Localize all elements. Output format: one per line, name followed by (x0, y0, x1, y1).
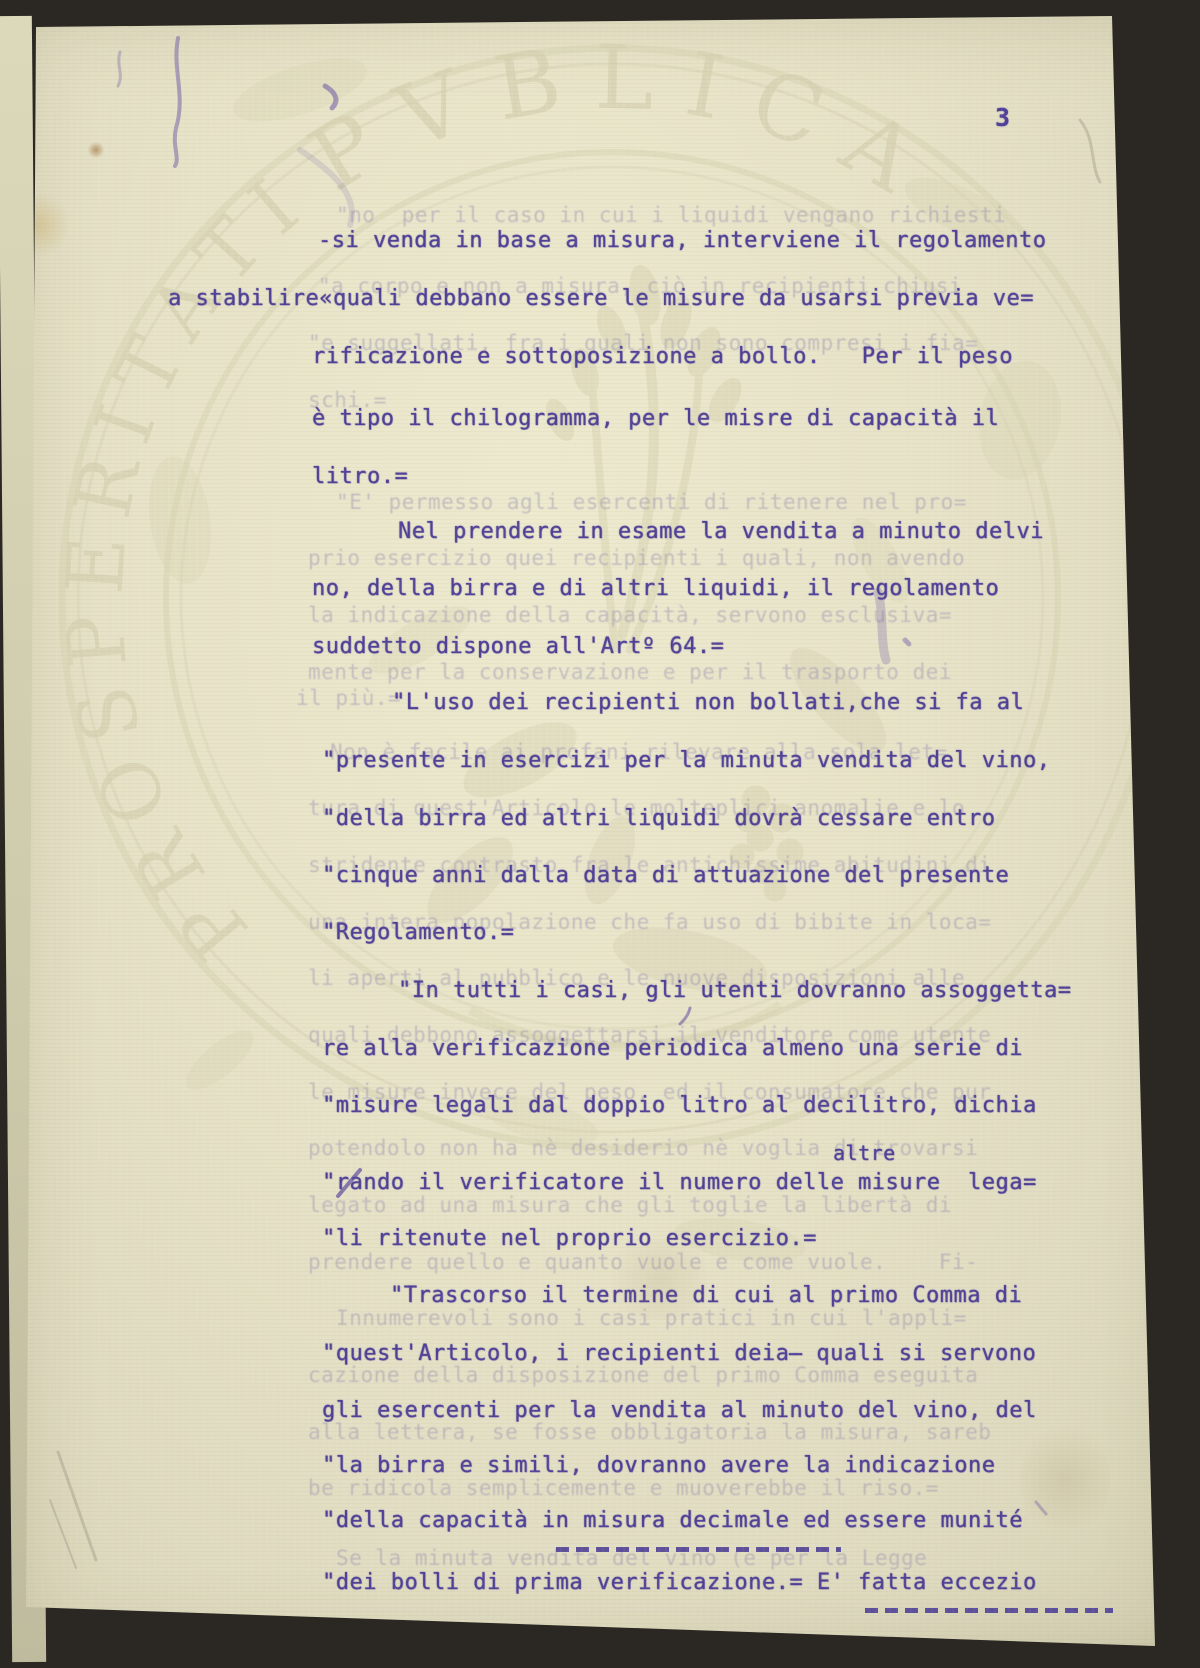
ink-dot (905, 640, 909, 644)
typed-line: rificazione e sottoposizione a bollo. Pe… (312, 346, 1013, 368)
typed-line: Nel prendere in esame la vendita a minut… (398, 521, 1044, 543)
dashed-underline (556, 1547, 841, 1552)
rust-spot (88, 142, 104, 158)
ghost-text-line: mente per la conservazione e per il tras… (308, 662, 952, 683)
pencil-mark (50, 1500, 76, 1568)
typed-line: no, della birra e di altri liquidi, il r… (312, 578, 999, 600)
ghost-text-line: "no per il caso in cui i liquidi vengano… (336, 205, 1006, 226)
ink-smudge (1036, 1502, 1046, 1514)
ghost-text-line: la indicazione della capacità, servono e… (308, 605, 952, 626)
pen-comma (680, 1008, 690, 1024)
pencil-mark (58, 1452, 96, 1560)
typed-line: litro.= (312, 466, 408, 488)
paper-stain (1020, 1420, 1110, 1540)
dashed-underline (865, 1608, 1113, 1613)
ghost-text-line: cazione della disposizione del primo Com… (308, 1365, 978, 1386)
ghost-text-line: "E' permesso agli esercenti di ritenere … (336, 492, 967, 513)
seal-top-text: PVBLICA (292, 26, 934, 213)
ink-smudge (325, 86, 336, 108)
typed-line: "della birra ed altri liquidi dovrà cess… (322, 808, 996, 830)
typed-line: "quest'Articolo, i recipienti deia̶ qual… (322, 1343, 1036, 1365)
typed-line: -si venda in base a misura, interviene i… (318, 230, 1047, 252)
typed-line: altre (833, 1143, 896, 1163)
pencil-mark (1080, 120, 1100, 182)
typed-line: "L'uso dei recipienti non bollati,che si… (392, 692, 1024, 714)
document-photo: PROSPERITATI PVBLICA (0, 0, 1200, 1668)
ghost-text-line: prendere quello e quanto vuole e come vu… (308, 1252, 978, 1273)
typed-line: "In tutti i casi, gli utenti dovranno as… (398, 980, 1072, 1002)
ghost-text-line: be ridicola semplicemente e muoverebbe i… (308, 1478, 939, 1499)
typed-line: è tipo il chilogramma, per le misre di c… (312, 408, 999, 430)
typed-line: "misure legali dal doppio litro al decil… (322, 1095, 1037, 1117)
typed-line: a stabilire«quali debbano essere le misu… (168, 288, 1034, 310)
typed-line: "dei bolli di prima verificazione.= E' f… (322, 1572, 1037, 1594)
ghost-text-line: Innumerevoli sono i casi pratici in cui … (336, 1308, 967, 1329)
typed-line: "della capacità in misura decimale ed es… (322, 1510, 1023, 1532)
page-surface: PROSPERITATI PVBLICA (0, 0, 1200, 1668)
typed-line: gli esercenti per la vendita al minuto d… (322, 1400, 1037, 1422)
ink-smudge (118, 52, 120, 86)
ghost-text-line: il più.= (296, 688, 401, 709)
svg-text:PVBLICA: PVBLICA (292, 26, 934, 213)
ghost-text-line: alla lettera, se fosse obbligatoria la m… (308, 1422, 991, 1443)
typed-line: "Regolamento.= (322, 922, 514, 944)
ghost-text-line: legato ad una misura che gli toglie la l… (308, 1195, 952, 1216)
ghost-text-line: prio esercizio quei recipienti i quali, … (308, 548, 965, 569)
page-number: 3 (995, 103, 1010, 132)
typed-line: "cinque anni dalla data di attuazione de… (322, 865, 1009, 887)
typed-line: "la birra e simili, dovranno avere la in… (322, 1455, 996, 1477)
typed-line: re alla verificazione periodica almeno u… (322, 1038, 1023, 1060)
typed-line: "Trascorso il termine di cui al primo Co… (390, 1285, 1022, 1307)
typed-line: "rando il verificatore il numero delle m… (322, 1172, 1037, 1194)
ink-smudge (175, 38, 180, 166)
typed-line: "li ritenute nel proprio esercizio.= (322, 1228, 817, 1250)
typed-line: suddetto dispone all'Artº 64.= (312, 636, 724, 658)
typed-line: "presente in esercizi per la minuta vend… (322, 750, 1051, 772)
